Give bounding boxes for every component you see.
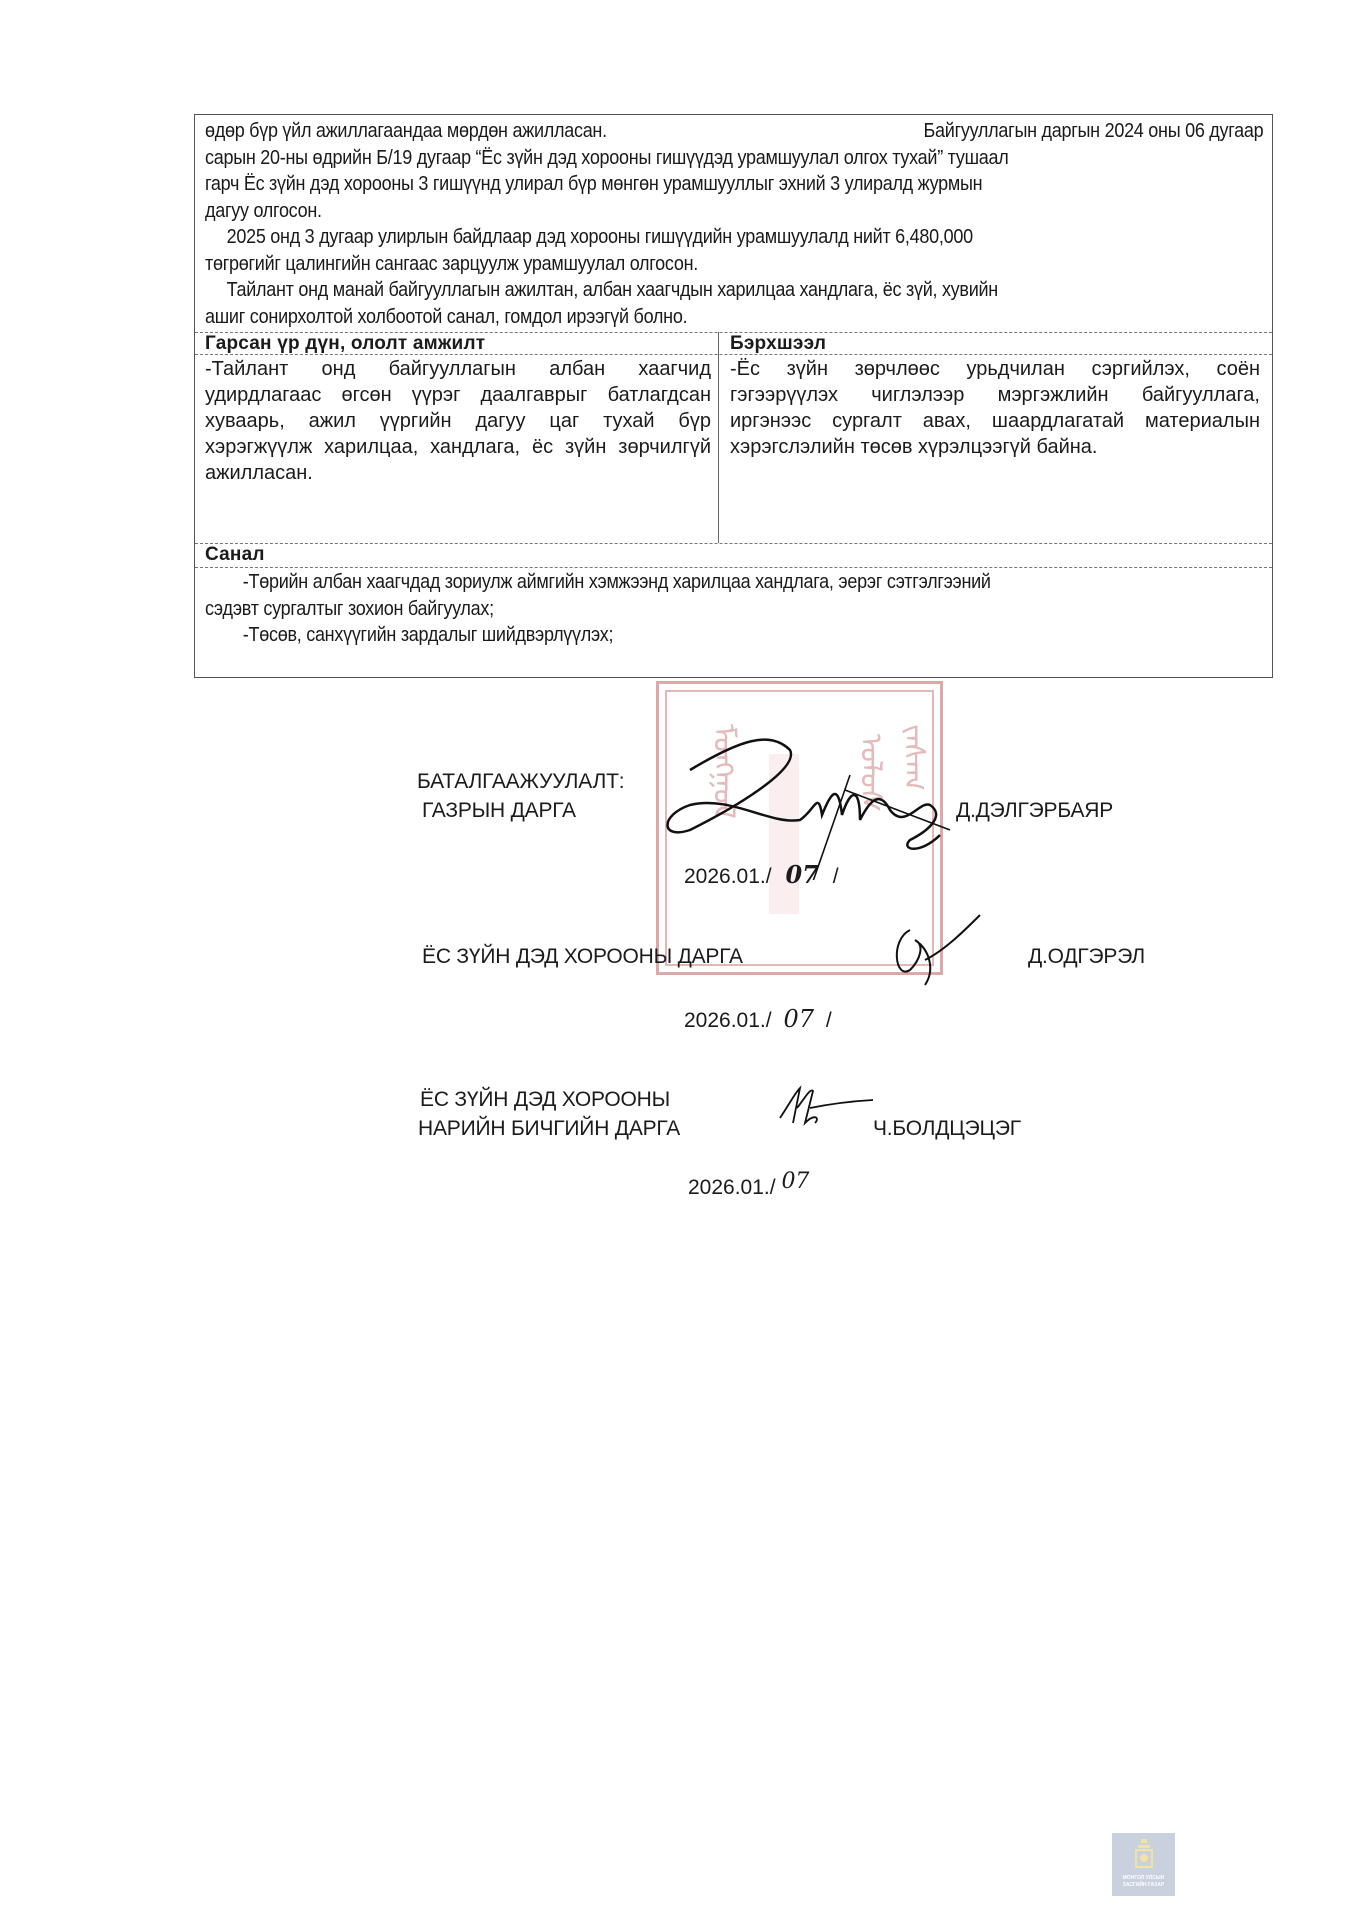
official-seal-icon: ᠮᠣᠩᠭᠣᠯ ᠤᠯᠤᠰ ᠵᠠᠰᠠᠭ — [656, 681, 943, 975]
results-body: -Тайлант онд байгууллагын албан хаагчид … — [205, 356, 711, 486]
date-printed: 2026.01./ — [688, 1176, 776, 1199]
row-divider — [195, 543, 1272, 544]
proposal-item: -Төсөв, санхүүгийн зардалыг шийдвэрлүүлэ… — [205, 622, 1301, 649]
proposal-item: -Төрийн албан хаагчдад зориулж аймгийн х… — [205, 569, 1301, 596]
signer-2-name: Д.ОДГЭРЭЛ — [1028, 945, 1145, 969]
challenges-body: -Ёс зүйн зөрчлөөс урьдчилан сэргийлэх, с… — [730, 356, 1260, 460]
signer-1-date: 2026.01./ 07 / — [684, 860, 839, 889]
date-suffix: / — [826, 1009, 832, 1032]
stamp-script: ᠮᠣᠩᠭᠣᠯ — [697, 724, 750, 924]
signer-3-name: Ч.БОЛДЦЭЦЭГ — [873, 1117, 1021, 1141]
intro-paragraph-1: өдөр бүр үйл ажиллагаандаа мөрдөн ажилла… — [205, 118, 1265, 330]
signer-2-title: ЁС ЗҮЙН ДЭД ХОРООНЫ ДАРГА — [422, 945, 743, 969]
stamp-script: ᠵᠠᠰᠠᠭ — [887, 724, 940, 954]
intro-line: дагуу олгосон. — [205, 198, 1159, 225]
signer-3-title: НАРИЙН БИЧГИЙН ДАРГА — [418, 1117, 680, 1141]
logo-line-1: МОНГОЛ УЛСЫН — [1112, 1875, 1175, 1881]
signer-1-title: ГАЗРЫН ДАРГА — [422, 799, 576, 823]
intro-paragraph-3-line1: Тайлант онд манай байгууллагын ажилтан, … — [205, 277, 1159, 304]
intro-paragraph-3-line2: ашиг сонирхолтой холбоотой санал, гомдол… — [205, 304, 1159, 331]
date-suffix: / — [833, 865, 839, 888]
proposals-header: Санал — [205, 544, 265, 566]
intro-line: өдөр бүр үйл ажиллагаандаа мөрдөн ажилла… — [205, 118, 607, 145]
signer-1-name: Д.ДЭЛГЭРБАЯР — [956, 799, 1113, 823]
intro-paragraph-2-line2: төгрөгийг цалингийн сангаас зарцуулж ура… — [205, 251, 1159, 278]
challenges-header: Бэрхшээл — [730, 333, 826, 355]
date-handwritten: 07 — [785, 860, 818, 889]
proposals-body: -Төрийн албан хаагчдад зориулж аймгийн х… — [205, 569, 1364, 649]
document-page: өдөр бүр үйл ажиллагаандаа мөрдөн ажилла… — [0, 0, 1364, 1916]
soyombo-emblem-icon: МОНГОЛ УЛСЫН ЗАСГИЙН ГАЗАР — [1112, 1833, 1175, 1896]
emblem-glyph-icon — [1134, 1839, 1154, 1869]
signer-3-title: ЁС ЗҮЙН ДЭД ХОРООНЫ — [420, 1088, 670, 1112]
signature-3-icon — [775, 1083, 875, 1128]
signer-1-title: БАТАЛГААЖУУЛАЛТ: — [417, 770, 624, 794]
date-printed: 2026.01./ — [684, 865, 772, 888]
date-handwritten: 07 — [781, 1169, 809, 1194]
intro-line: сарын 20-ны өдрийн Б/19 дугаар “Ёс зүйн … — [205, 145, 1263, 172]
signer-3-date: 2026.01./ 07 — [688, 1175, 809, 1200]
logo-line-2: ЗАСГИЙН ГАЗАР — [1112, 1882, 1175, 1888]
intro-paragraph-2-line1: 2025 онд 3 дугаар улирлын байдлаар дэд х… — [205, 224, 1159, 251]
proposal-item: сэдэвт сургалтыг зохион байгуулах; — [205, 596, 1301, 623]
row-divider — [195, 567, 1272, 568]
date-printed: 2026.01./ — [684, 1009, 772, 1032]
date-handwritten: 07 — [783, 1005, 814, 1033]
stamp-emblem-icon — [769, 754, 799, 914]
column-divider — [718, 332, 719, 543]
intro-line: Байгууллагын даргын 2024 оны 06 дугаар — [924, 118, 1264, 145]
intro-line: гарч Ёс зүйн дэд хорооны 3 гишүүнд улира… — [205, 171, 1263, 198]
report-table: өдөр бүр үйл ажиллагаандаа мөрдөн ажилла… — [194, 114, 1273, 678]
signer-2-date: 2026.01./ 07 / — [684, 1005, 832, 1033]
results-header: Гарсан үр дүн, ололт амжилт — [205, 333, 485, 355]
